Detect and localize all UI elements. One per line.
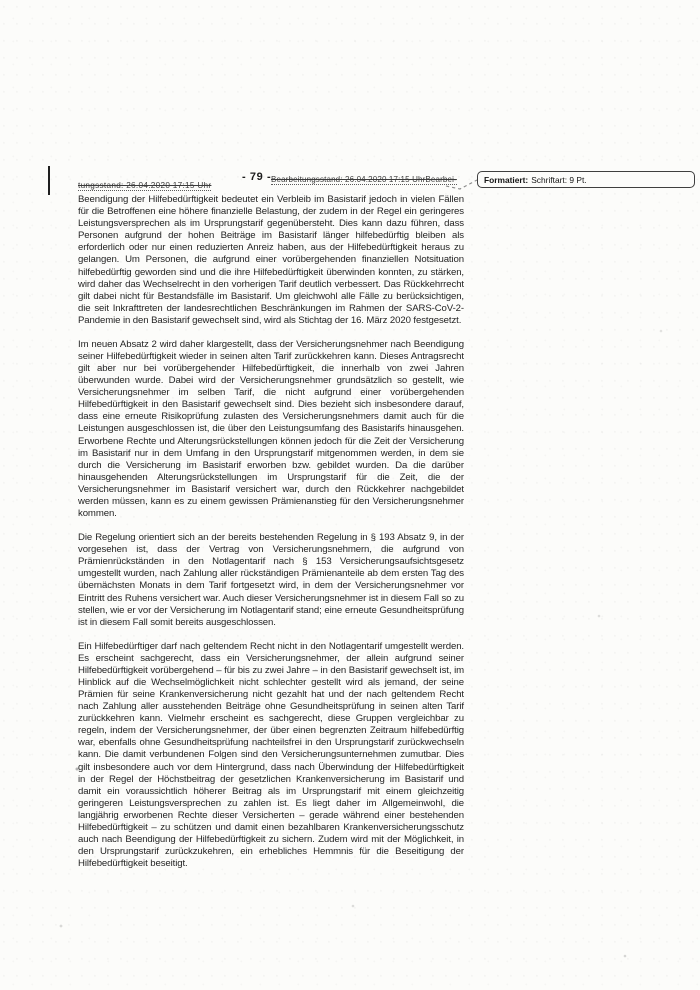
body-text-column: Beendigung der Hilfebedürftigkeit bedeut… bbox=[78, 194, 464, 882]
deleted-editing-stamp-line2: tungsstand: 26.04.2020 17:15 Uhr bbox=[78, 181, 211, 191]
change-bar bbox=[48, 166, 50, 195]
body-paragraph-3: Die Regelung orientiert sich an der bere… bbox=[78, 532, 464, 629]
deleted-editing-stamp-line1: Bearbeitungsstand: 26.04.2020 17:15 UhrB… bbox=[271, 175, 457, 185]
body-paragraph-2: Im neuen Absatz 2 wird daher klargestell… bbox=[78, 339, 464, 520]
comment-text: Schriftart: 9 Pt. bbox=[531, 175, 586, 185]
document-page: - 79 - Bearbeitungsstand: 26.04.2020 17:… bbox=[0, 0, 700, 990]
page-number: - 79 - bbox=[242, 171, 271, 183]
format-comment-balloon[interactable]: Formatiert: Schriftart: 9 Pt. bbox=[477, 171, 695, 188]
comment-connector-line bbox=[444, 173, 480, 193]
scan-speckles bbox=[0, 0, 2, 2]
body-paragraph-1: Beendigung der Hilfebedürftigkeit bedeut… bbox=[78, 194, 464, 327]
comment-label: Formatiert: bbox=[484, 175, 528, 185]
body-paragraph-4: Ein Hilfebedürftiger darf nach geltendem… bbox=[78, 641, 464, 871]
deleted-stamp-text: Bearbeitungsstand: 26.04.2020 17:15 Uhr bbox=[271, 175, 425, 184]
